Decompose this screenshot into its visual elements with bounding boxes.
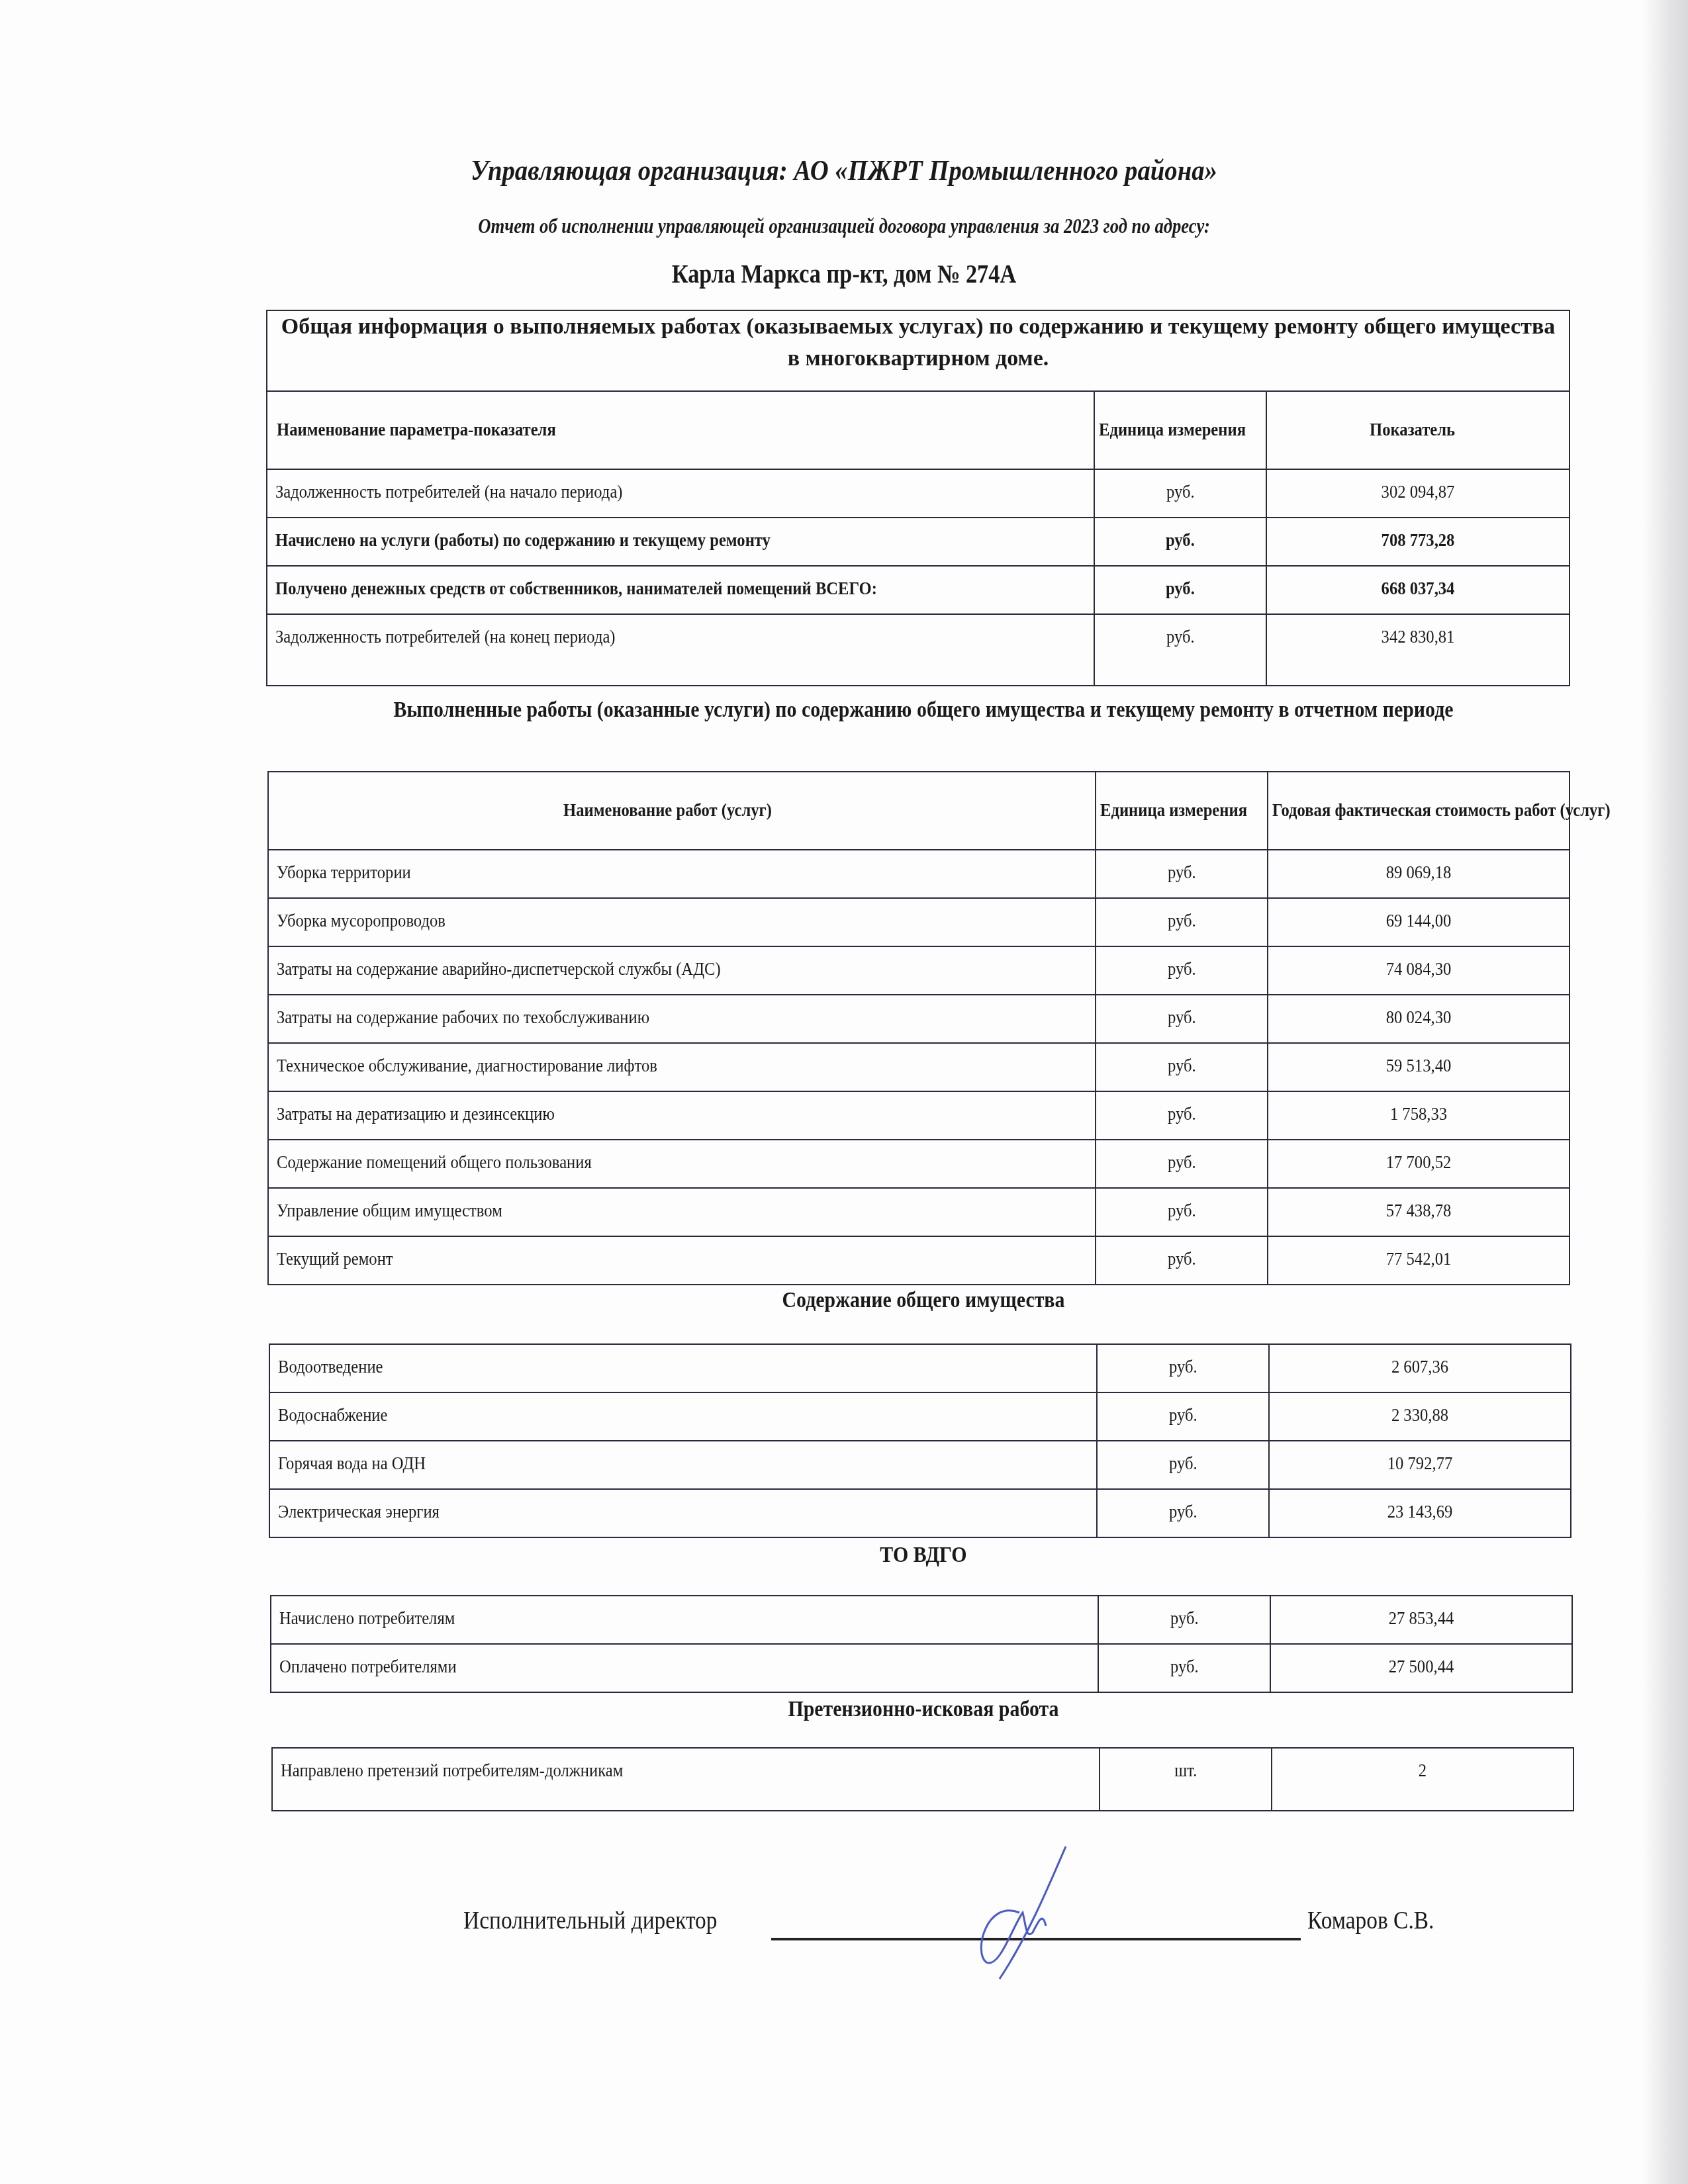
- row-value: 2 607,36: [1269, 1344, 1571, 1392]
- report-title: Отчет об исполнении управляющей организа…: [118, 214, 1570, 238]
- row-value: 708 773,28: [1266, 518, 1570, 566]
- table-row: Получено денежных средств от собственник…: [267, 566, 1570, 614]
- col-header-value: Показатель: [1266, 391, 1570, 469]
- col-header-work-name: Наименование работ (услуг): [268, 772, 1096, 850]
- row-unit: руб.: [1097, 1489, 1269, 1537]
- row-value: 342 830,81: [1266, 614, 1570, 686]
- handwritten-signature-icon: [927, 1840, 1086, 1985]
- signatory-name: Комаров С.В.: [1307, 1906, 1434, 1935]
- table-row: Затраты на дератизацию и дезинсекциюруб.…: [268, 1091, 1570, 1140]
- works-table: Наименование работ (услуг) Единица измер…: [267, 771, 1570, 1285]
- col-header-unit: Единица измерения: [1096, 772, 1268, 850]
- row-label: Затраты на дератизацию и дезинсекцию: [268, 1091, 1096, 1140]
- row-unit: руб.: [1096, 1140, 1268, 1188]
- row-unit: руб.: [1097, 1344, 1269, 1392]
- row-label: Задолженность потребителей (на начало пе…: [267, 469, 1094, 518]
- vdgo-table: Начислено потребителямруб.27 853,44Оплач…: [270, 1595, 1573, 1693]
- row-unit: руб.: [1096, 1188, 1268, 1236]
- common-property-table: Водоотведениеруб.2 607,36Водоснабжениеру…: [269, 1343, 1571, 1538]
- row-label: Начислено потребителям: [271, 1596, 1098, 1644]
- row-unit: руб.: [1094, 566, 1266, 614]
- row-value: 668 037,34: [1266, 566, 1570, 614]
- table-row: Водоснабжениеруб.2 330,88: [269, 1392, 1571, 1441]
- row-label: Содержание помещений общего пользования: [268, 1140, 1096, 1188]
- table-row: Задолженность потребителей (на конец пер…: [267, 614, 1570, 686]
- table-row: Начислено потребителямруб.27 853,44: [271, 1596, 1572, 1644]
- col-header-parameter: Наименование параметра-показателя: [267, 391, 1094, 469]
- row-label: Электрическая энергия: [269, 1489, 1097, 1537]
- row-label: Получено денежных средств от собственник…: [267, 566, 1094, 614]
- row-label: Водоснабжение: [269, 1392, 1097, 1441]
- row-label: Водоотведение: [269, 1344, 1097, 1392]
- row-value: 2: [1272, 1748, 1573, 1811]
- table-row: Горячая вода на ОДНруб.10 792,77: [269, 1441, 1571, 1489]
- row-unit: руб.: [1096, 1091, 1268, 1140]
- row-unit: руб.: [1096, 1236, 1268, 1285]
- row-label: Затраты на содержание аварийно-диспетчер…: [268, 946, 1096, 995]
- row-unit: руб.: [1098, 1644, 1270, 1692]
- row-unit: шт.: [1100, 1748, 1272, 1811]
- claims-section-title: Претензионно-исковая работа: [344, 1693, 1503, 1726]
- row-value: 80 024,30: [1268, 995, 1570, 1043]
- row-unit: руб.: [1094, 614, 1266, 686]
- table-row: Задолженность потребителей (на начало пе…: [267, 469, 1570, 518]
- row-unit: руб.: [1094, 518, 1266, 566]
- table-row: Направлено претензий потребителям-должни…: [272, 1748, 1573, 1811]
- row-unit: руб.: [1096, 995, 1268, 1043]
- row-value: 1 758,33: [1268, 1091, 1570, 1140]
- row-unit: руб.: [1096, 850, 1268, 898]
- row-label: Начислено на услуги (работы) по содержан…: [267, 518, 1094, 566]
- row-value: 23 143,69: [1269, 1489, 1571, 1537]
- row-value: 27 853,44: [1270, 1596, 1572, 1644]
- general-info-table: Общая информация о выполняемых работах (…: [266, 310, 1570, 686]
- table-row: Уборка территориируб.89 069,18: [268, 850, 1570, 898]
- organization-title: Управляющая организация: АО «ПЖРТ Промыш…: [101, 154, 1587, 187]
- col-header-unit: Единица измерения: [1094, 391, 1266, 469]
- table-row: Затраты на содержание рабочих по техобсл…: [268, 995, 1570, 1043]
- row-label: Уборка территории: [268, 850, 1096, 898]
- row-label: Затраты на содержание рабочих по техобсл…: [268, 995, 1096, 1043]
- row-value: 57 438,78: [1268, 1188, 1570, 1236]
- row-label: Уборка мусоропроводов: [268, 898, 1096, 946]
- row-unit: руб.: [1096, 898, 1268, 946]
- common-property-section-title: Содержание общего имущества: [344, 1284, 1503, 1317]
- works-section-title: Выполненные работы (оказанные услуги) по…: [344, 694, 1503, 727]
- row-label: Оплачено потребителями: [271, 1644, 1098, 1692]
- row-value: 59 513,40: [1268, 1043, 1570, 1091]
- table-row: Затраты на содержание аварийно-диспетчер…: [268, 946, 1570, 995]
- address-title: Карла Маркса пр-кт, дом № 274А: [101, 259, 1587, 289]
- row-value: 17 700,52: [1268, 1140, 1570, 1188]
- scan-edge-shadow: [1642, 0, 1688, 2184]
- row-unit: руб.: [1097, 1441, 1269, 1489]
- table-row: Электрическая энергияруб.23 143,69: [269, 1489, 1571, 1537]
- row-value: 10 792,77: [1269, 1441, 1571, 1489]
- table-row: Оплачено потребителямируб.27 500,44: [271, 1644, 1572, 1692]
- row-unit: руб.: [1096, 1043, 1268, 1091]
- table-row: Начислено на услуги (работы) по содержан…: [267, 518, 1570, 566]
- row-unit: руб.: [1094, 469, 1266, 518]
- vdgo-section-title: ТО ВДГО: [344, 1539, 1503, 1572]
- row-value: 74 084,30: [1268, 946, 1570, 995]
- row-label: Текущий ремонт: [268, 1236, 1096, 1285]
- row-value: 2 330,88: [1269, 1392, 1571, 1441]
- row-value: 27 500,44: [1270, 1644, 1572, 1692]
- row-value: 69 144,00: [1268, 898, 1570, 946]
- row-value: 89 069,18: [1268, 850, 1570, 898]
- row-unit: руб.: [1098, 1596, 1270, 1644]
- signatory-position: Исполнительный директор: [463, 1906, 718, 1935]
- table-row: Уборка мусоропроводовруб.69 144,00: [268, 898, 1570, 946]
- claims-table: Направлено претензий потребителям-должни…: [271, 1747, 1574, 1811]
- table-row: Водоотведениеруб.2 607,36: [269, 1344, 1571, 1392]
- table-row: Содержание помещений общего пользованияр…: [268, 1140, 1570, 1188]
- row-label: Техническое обслуживание, диагностирован…: [268, 1043, 1096, 1091]
- table-row: Управление общим имуществомруб.57 438,78: [268, 1188, 1570, 1236]
- row-label: Задолженность потребителей (на конец пер…: [267, 614, 1094, 686]
- row-label: Горячая вода на ОДН: [269, 1441, 1097, 1489]
- row-label: Направлено претензий потребителям-должни…: [272, 1748, 1100, 1811]
- table-row: Техническое обслуживание, диагностирован…: [268, 1043, 1570, 1091]
- general-info-caption: Общая информация о выполняемых работах (…: [267, 310, 1570, 391]
- row-unit: руб.: [1096, 946, 1268, 995]
- row-value: 77 542,01: [1268, 1236, 1570, 1285]
- row-label: Управление общим имуществом: [268, 1188, 1096, 1236]
- table-row: Текущий ремонтруб.77 542,01: [268, 1236, 1570, 1285]
- col-header-annual-cost: Годовая фактическая стоимость работ (усл…: [1268, 772, 1570, 850]
- row-value: 302 094,87: [1266, 469, 1570, 518]
- row-unit: руб.: [1097, 1392, 1269, 1441]
